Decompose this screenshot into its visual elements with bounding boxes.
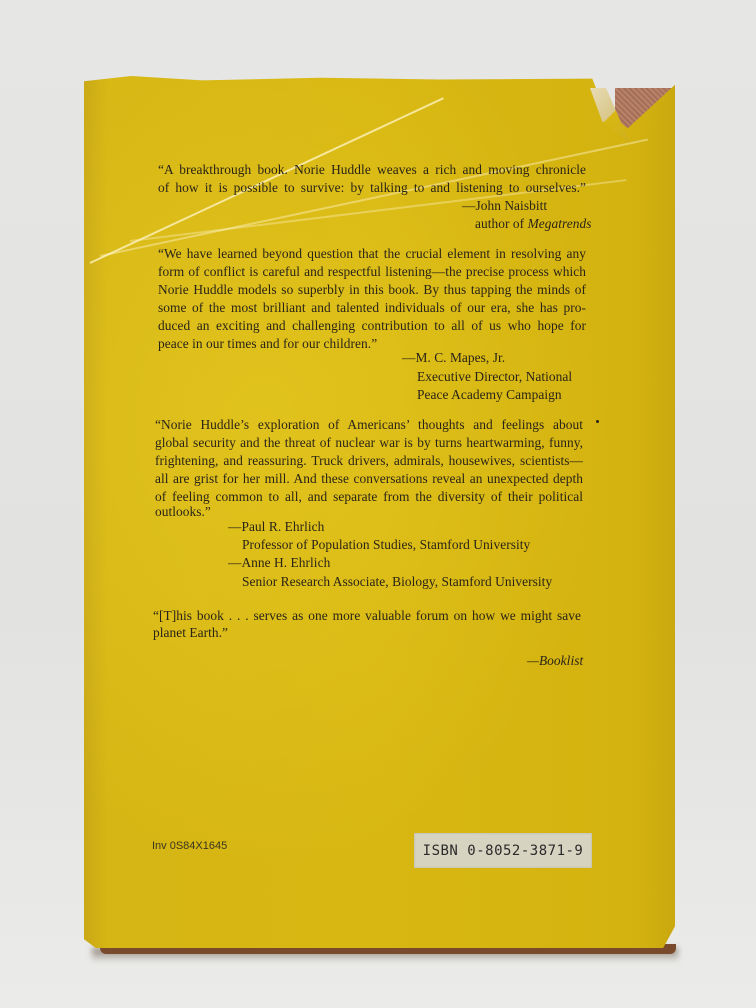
blurb-2-line-6: peace in our times and for our children.… [158,337,377,350]
blurb-3-attribution-title-2: Senior Research Associate, Biology, Stam… [242,575,552,588]
blurb-3-attribution-name-2: —Anne H. Ehrlich [228,556,330,569]
blurb-3-line-3: frightening, and reassuring. Truck drive… [155,454,583,467]
blurb-2-line-5: duced an exciting and challenging contri… [158,319,586,332]
attribution-work: Megatrends [528,216,592,231]
blurb-3-line-4: all are grist for her mill. And these co… [155,472,583,485]
blurb-3-line-2: global security and the threat of nuclea… [155,436,583,449]
blurb-3-attribution-title-1: Professor of Population Studies, Stamfor… [242,538,530,551]
blurb-1-line-1: “A breakthrough book. Norie Huddle weave… [158,163,586,176]
blurb-3-line-6: outlooks.” [155,505,211,518]
blurb-1-attribution-title: author of Megatrends [475,217,592,230]
blurb-2-line-4: some of the most brilliant and talented … [158,301,586,314]
blurb-2-line-3: Norie Huddle models so superbly in this … [158,283,586,296]
inventory-code: Inv 0S84X1645 [152,840,227,852]
blurb-2-attribution-title-1: Executive Director, National [417,370,572,383]
blurb-4-line-2: planet Earth.” [153,626,228,639]
blurb-2-line-2: form of conflict is careful and respectf… [158,265,586,278]
blurb-3-line-5: of feeling common to all, and separate f… [155,490,583,503]
stain-speck [596,420,599,423]
blurb-1-attribution-name: —John Naisbitt [462,199,547,212]
blurb-3-line-1: “Norie Huddle’s exploration of Americans… [155,418,583,431]
isbn-number: ISBN 0-8052-3871-9 [423,843,584,859]
isbn-sticker: ISBN 0-8052-3871-9 [414,833,592,868]
blurb-4-line-1: “[T]his book . . . serves as one more va… [153,609,581,622]
blurb-3-attribution-name-1: —Paul R. Ehrlich [228,520,324,533]
blurb-2-line-1: “We have learned beyond question that th… [158,247,586,260]
blurb-1-line-2: of how it is possible to survive: by tal… [158,181,586,194]
blurb-2-attribution-name: —M. C. Mapes, Jr. [402,351,505,364]
blurb-4-attribution: —Booklist [527,654,583,667]
attribution-prefix: author of [475,216,528,231]
blurb-2-attribution-title-2: Peace Academy Campaign [417,388,562,401]
